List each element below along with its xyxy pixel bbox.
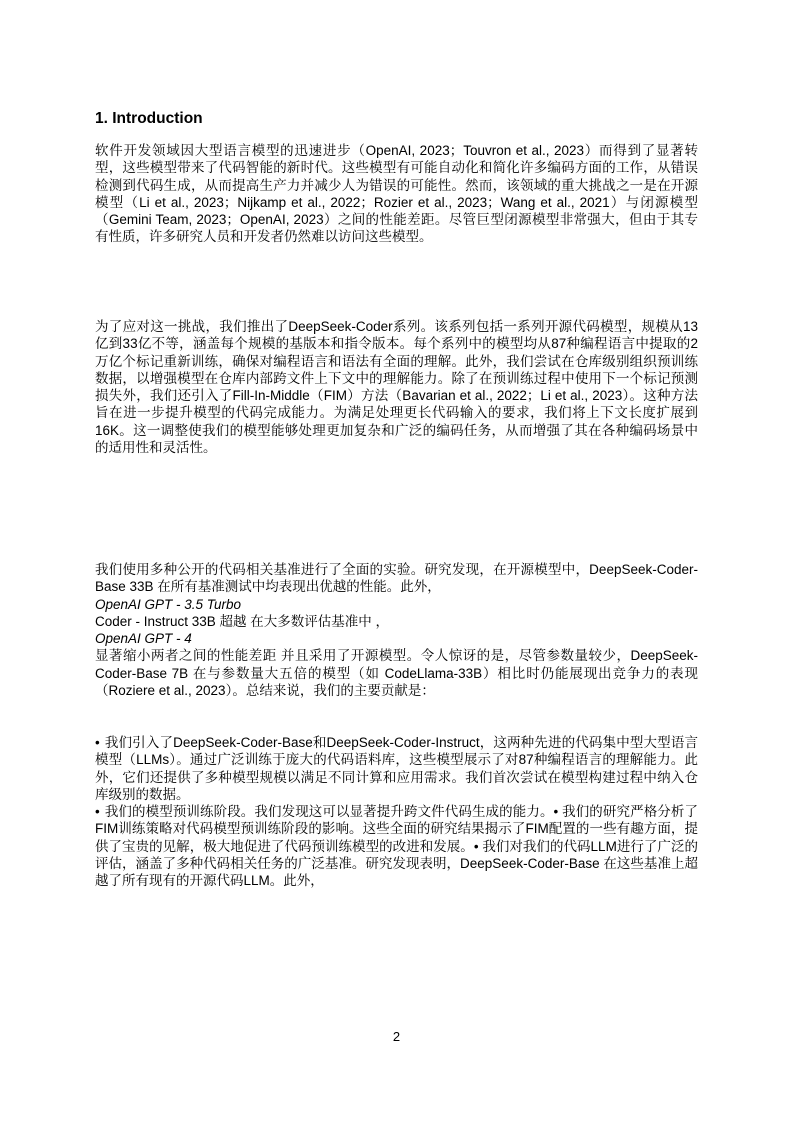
list-item: •我们的模型预训练阶段。我们发现这可以显著提升跨文件代码生成的能力。• 我们的研…: [95, 803, 698, 889]
list-item-text: 我们引入了DeepSeek-Coder-Base和DeepSeek-Coder-…: [95, 735, 698, 802]
list-item-text: 我们的模型预训练阶段。我们发现这可以显著提升跨文件代码生成的能力。• 我们的研究…: [95, 804, 698, 888]
benchmark-conclusion-text: 显著缩小两者之间的性能差距 并且采用了开源模型。令人惊讶的是，尽管参数量较少，D…: [95, 648, 698, 698]
paragraph-deepseek-coder-series: 为了应对这一挑战，我们推出了DeepSeek-Coder系列。该系列包括一系列开…: [95, 318, 698, 456]
paragraph-llm-progress: 软件开发领域因大型语言模型的迅速进步（OpenAI, 2023；Touvron …: [95, 142, 698, 246]
bullet-marker: •: [95, 735, 100, 750]
bullet-marker: •: [95, 804, 100, 819]
model-name-gpt4: OpenAI GPT - 4: [95, 630, 698, 647]
benchmark-intro-text: 我们使用多种公开的代码相关基准进行了全面的实验。研究发现，在开源模型中，Deep…: [95, 562, 698, 594]
benchmark-results-section: 我们使用多种公开的代码相关基准进行了全面的实验。研究发现，在开源模型中，Deep…: [95, 561, 698, 699]
page-number: 2: [0, 1029, 793, 1044]
contributions-list: •我们引入了DeepSeek-Coder-Base和DeepSeek-Coder…: [95, 734, 698, 890]
list-item: •我们引入了DeepSeek-Coder-Base和DeepSeek-Coder…: [95, 734, 698, 803]
document-page: 1. Introduction 软件开发领域因大型语言模型的迅速进步（OpenA…: [0, 0, 793, 1122]
model-name-gpt35-turbo: OpenAI GPT - 3.5 Turbo: [95, 596, 698, 613]
benchmark-middle-text: Coder - Instruct 33B 超越 在大多数评估基准中 ，: [95, 613, 698, 630]
section-heading: 1. Introduction: [95, 109, 203, 129]
